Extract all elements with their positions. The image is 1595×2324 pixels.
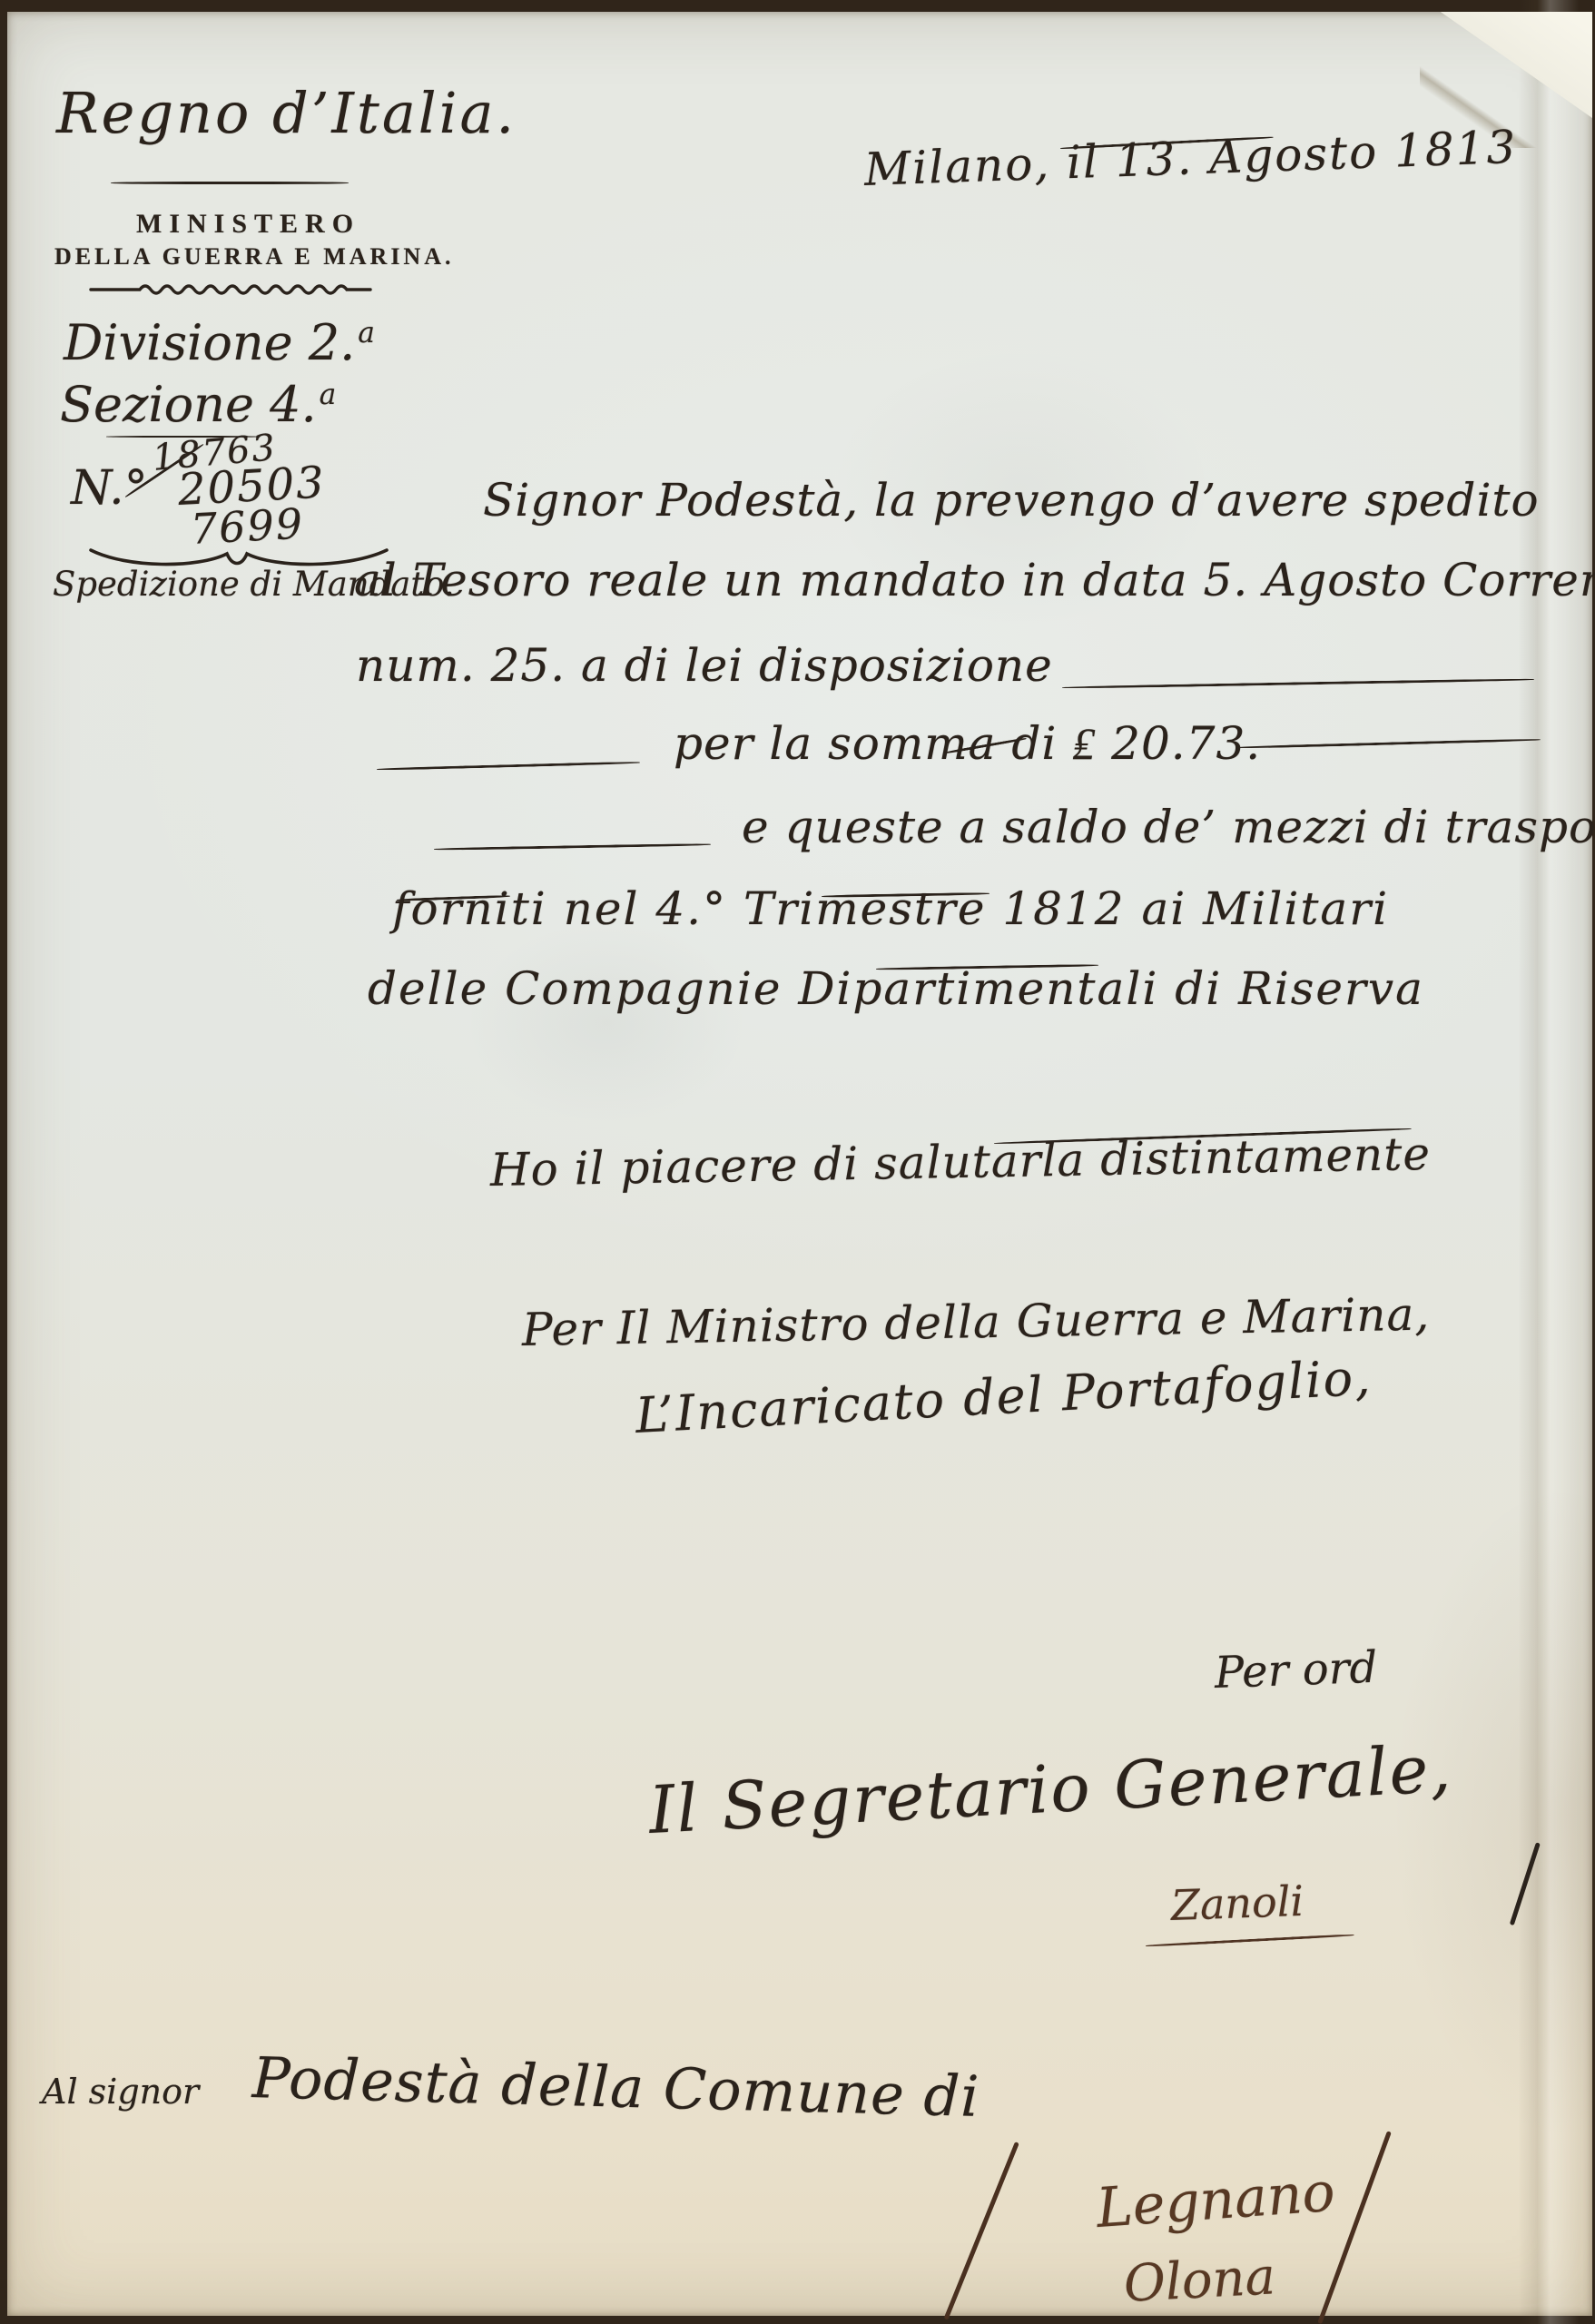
kingdom-title: Regno d’Italia.	[56, 80, 517, 146]
division-label: Divisione 2.	[64, 314, 355, 371]
per-ord-note: Per ord	[1214, 1642, 1378, 1699]
body-line-1: Signor Podestà, la prevengo d’avere sped…	[483, 474, 1540, 527]
body-line-3: num. 25. a di lei disposizione	[356, 639, 1053, 692]
section-line: Sezione 4.a	[60, 376, 336, 433]
body-line-7: delle Compagnie Dipartimentali di Riserv…	[368, 962, 1424, 1015]
protocol-number-prefix: N.°	[71, 461, 148, 516]
ministry-name-line1: MINISTERO	[136, 209, 360, 240]
ministry-name-line2: DELLA GUERRA E MARINA.	[54, 243, 455, 271]
body-line-4: per la somma di ₤ 20.73.	[674, 717, 1261, 770]
body-line-5: e queste a saldo de’ mezzi di trasporto	[742, 801, 1595, 853]
division-superscript: a	[358, 317, 375, 350]
body-line-2: al Tesoro reale un mandato in data 5. Ag…	[354, 554, 1595, 606]
letterhead-rule	[111, 182, 349, 184]
wavy-rule	[87, 281, 374, 298]
address-place-line2: Olona	[1122, 2247, 1276, 2314]
address-to-small: Al signor	[42, 2072, 199, 2112]
division-line: Divisione 2.a	[64, 314, 375, 371]
section-label: Sezione 4.	[60, 376, 317, 433]
section-superscript: a	[320, 379, 337, 411]
document-photo: Regno d’Italia. MINISTERO DELLA GUERRA E…	[0, 0, 1595, 2324]
body-line-6: forniti nel 4.° Trimestre 1812 ai Milita…	[392, 882, 1389, 935]
signature: Zanoli	[1170, 1876, 1305, 1930]
